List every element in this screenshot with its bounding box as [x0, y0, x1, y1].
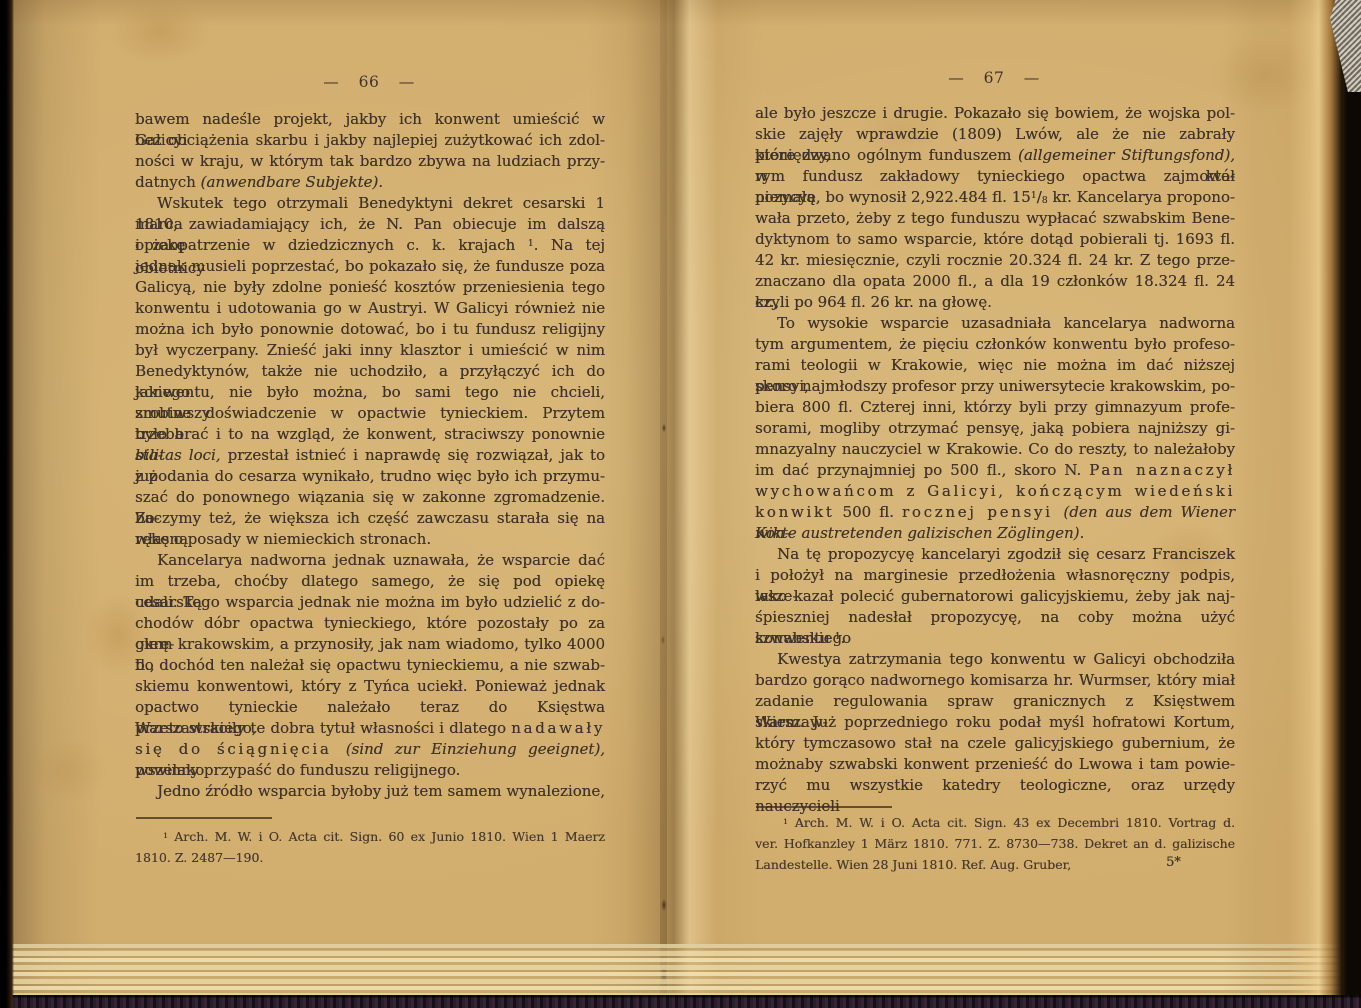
text-line: Na tę propozycyę kancelaryi zgodził się …: [755, 544, 1235, 565]
text-line: chodów dóbr opactwa tynieckiego, które p…: [135, 613, 605, 634]
text-line: rzyć mu wszystkie katedry teologiczne, o…: [755, 775, 1235, 796]
text-segment: To wysokie wsparcie uzasadniała kancelar…: [777, 314, 1235, 332]
text-segment: dyktynom to samo wsparcie, które dotąd p…: [755, 230, 1235, 248]
text-segment: tym argumentem, że pięciu członków konwe…: [755, 335, 1235, 353]
text-segment: 1810. Z. 2487—190.: [135, 850, 263, 865]
text-segment: ności w kraju, w którym tak bardzo zbywa…: [135, 152, 605, 170]
text-segment: ale było jeszcze i drugie. Pokazało się …: [755, 104, 1235, 122]
text-line: konwikt 500 fl. rocznej pensyi (den aus …: [755, 502, 1235, 523]
page-66-text-block: bawem nadeśle projekt, jakby ich konwent…: [135, 109, 605, 802]
text-line: skiemu konwentowi, który z Tyńca uciekł.…: [135, 676, 605, 697]
text-line: Galicyą, nie były zdolne ponieść kosztów…: [135, 277, 605, 298]
text-segment: konwentu: [755, 629, 835, 647]
footnote-marker: 1: [783, 817, 788, 826]
text-segment: wała przeto, żeby z tego funduszu wypłac…: [755, 209, 1235, 227]
text-segment: Landestelle. Wien 28 Juni 1810. Ref. Aug…: [755, 857, 1071, 872]
text-line: przeto straciły te dobra tytuł własności…: [135, 718, 605, 739]
text-line: wychowańcom z Galicyi, kończącym wiedeńs…: [755, 481, 1235, 502]
text-segment: powinny przypaść do funduszu religijnego…: [135, 761, 460, 779]
text-segment: z podania do cesarza wynikało, trudno wi…: [135, 467, 605, 485]
text-segment: się do ściągnięcia: [135, 740, 346, 758]
text-segment: jednak musieli poprzestać, bo pokazało s…: [135, 257, 605, 275]
text-line: lako kazał polecić gubernatorowi galicyj…: [755, 586, 1235, 607]
text-line: sorami, mogliby otrzymać pensyę, jaką po…: [755, 418, 1235, 439]
text-segment: kr. Kancelarya propono-: [1048, 188, 1235, 206]
text-segment: nadawały: [511, 719, 605, 737]
text-segment: bardzo gorąco nadwornego komisarza hr. W…: [755, 671, 1235, 689]
text-segment: mnazyalny nauczyciel w Krakowie. Co do r…: [755, 440, 1235, 458]
text-line: znaczano dla opata 2000 fl., a dla 19 cz…: [755, 271, 1235, 292]
page-number-66: — 66 —: [135, 73, 603, 91]
footnote-marker: 1: [835, 631, 841, 642]
text-segment: Na tę propozycyę kancelaryi zgodził się …: [777, 545, 1235, 563]
text-segment: Kwestya zatrzymania tego konwentu w Gali…: [777, 650, 1235, 668]
page-66-footnote: 1 Arch. M. W. i O. Acta cit. Sign. 60 ex…: [135, 826, 605, 868]
text-line: i zaopatrzenie w dziedzicznych c. k. kra…: [135, 235, 605, 256]
page-right-edges: [1222, 0, 1343, 1003]
text-segment: udali. Tego wsparcia jednak nie można im…: [135, 593, 605, 611]
text-line: 1810, zawiadamiający ich, że N. Pan obie…: [135, 214, 605, 235]
footnote-marker: 1: [163, 831, 168, 840]
text-line: wikte austretenden galizischen Zöglingen…: [755, 523, 1235, 544]
text-line: Landestelle. Wien 28 Juni 1810. Ref. Aug…: [755, 854, 1235, 875]
text-segment: ver. Hofkanzley 1 März 1810. 771. Z. 873…: [755, 836, 1235, 851]
text-line: smutne doświadczenie w opactwie tyniecki…: [135, 403, 605, 424]
text-segment: datnych: [135, 173, 201, 191]
text-line: opactwo tynieckie należało teraz do Księ…: [135, 697, 605, 718]
text-segment: rękę o posady w niemieckich stronach.: [135, 530, 431, 548]
text-segment: było brać i to na wzgląd, że konwent, st…: [135, 425, 605, 443]
text-line: ności w kraju, w którym tak bardzo zbywa…: [135, 151, 605, 172]
text-segment: bo dochód ten należał się opactwu tyniec…: [135, 656, 605, 674]
text-line: To wysokie wsparcie uzasadniała kancelar…: [755, 313, 1235, 334]
text-segment: /: [1037, 188, 1042, 206]
text-line: bez obciążenia skarbu i jakby najlepiej …: [135, 130, 605, 151]
text-segment: skiem. Już poprzedniego roku podał myśl …: [755, 713, 1235, 731]
text-line: Kancelarya nadworna jednak uznawała, że …: [135, 550, 605, 571]
text-segment: Pan naznaczył: [1089, 461, 1235, 479]
text-segment: 42 kr. miesięcznie, czyli rocznie 20.324…: [755, 251, 1235, 269]
text-segment: (anwendbare Subjekte).: [201, 173, 383, 191]
text-segment: Arch. M. W. i O. Acta cit. Sign. 60 ex J…: [168, 829, 605, 844]
footnote-rule-67: [756, 806, 892, 808]
book-left-edge: [0, 0, 14, 1008]
text-line: konwentu, nie było można, bo sami tego n…: [135, 382, 605, 403]
text-segment: wikte austretenden galizischen Zöglingen…: [755, 524, 1084, 542]
binding-fabric-bottom: [6, 995, 1361, 1008]
page-67-text-block: ale było jeszcze i drugie. Pokazało się …: [755, 103, 1235, 796]
text-segment: i zaopatrzenie w dziedzicznych c. k. kra…: [135, 236, 528, 254]
text-segment: Galicyą, nie były zdolne ponieść kosztów…: [135, 278, 605, 296]
footnote-marker: 8: [1042, 195, 1048, 206]
text-line: udali. Tego wsparcia jednak nie można im…: [135, 592, 605, 613]
text-line: było brać i to na wzgląd, że konwent, st…: [135, 424, 605, 445]
text-line: biera 800 fl. Czterej inni, którzy byli …: [755, 397, 1235, 418]
text-line: czyli po 964 fl. 26 kr. na głowę.: [755, 292, 1235, 313]
text-line: szać do ponownego wiązania się w zakonne…: [135, 487, 605, 508]
text-line: wała przeto, żeby z tego funduszu wypłac…: [755, 208, 1235, 229]
text-line: rękę o posady w niemieckich stronach.: [135, 529, 605, 550]
text-line: bardzo gorąco nadwornego komisarza hr. W…: [755, 670, 1235, 691]
text-line: tym argumentem, że pięciu członków konwe…: [755, 334, 1235, 355]
text-segment: im dać przynajmniej po 500 fl., skoro N.: [755, 461, 1089, 479]
book-scan: — 66 — bawem nadeśle projekt, jakby ich …: [0, 0, 1361, 1008]
text-line: z podania do cesarza wynikało, trudno wi…: [135, 466, 605, 487]
text-line: bawem nadeśle projekt, jakby ich konwent…: [135, 109, 605, 130]
text-segment: które zwano ogólnym funduszem: [755, 146, 1018, 164]
text-line: bilitas loci, przestał istnieć i naprawd…: [135, 445, 605, 466]
text-segment: .: [841, 629, 846, 647]
page-number-67: — 67 —: [755, 69, 1233, 87]
text-line: który tymczasowo stał na czele galicyjsk…: [755, 733, 1235, 754]
text-line: pozycyę, bo wynosił 2,922.484 fl. 151/8 …: [755, 187, 1235, 208]
text-segment: (sind zur Einziehung geeignet),: [346, 740, 605, 758]
text-segment: możnaby szwabski konwent przenieść do Lw…: [755, 755, 1235, 773]
text-line: Benedyktynów, także nie uchodziło, a prz…: [135, 361, 605, 382]
text-segment: skoro najmłodszy profesor przy uniwersyt…: [755, 377, 1235, 395]
text-segment: skiemu konwentowi, który z Tyńca uciekł.…: [135, 677, 605, 695]
text-line: mnazyalny nauczyciel w Krakowie. Co do r…: [755, 439, 1235, 460]
text-line: rami teologii w Krakowie, więc nie można…: [755, 355, 1235, 376]
book-right-edge: [1341, 0, 1361, 1008]
text-segment: rocznej pensyi: [902, 503, 1063, 521]
text-segment: (allgemeiner Stiftungsfond),: [1018, 146, 1235, 164]
text-line: śpieszniej nadesłał propozycyę, na coby …: [755, 607, 1235, 628]
footnote-marker: 1: [1031, 190, 1037, 201]
text-line: 1810. Z. 2487—190.: [135, 847, 605, 868]
text-line: był wyczerpany. Znieść jaki inny klaszto…: [135, 340, 605, 361]
text-line: im dać przynajmniej po 500 fl., skoro N.…: [755, 460, 1235, 481]
text-line: zadanie regulowania spraw granicznych z …: [755, 691, 1235, 712]
signature-mark: 5*: [1166, 855, 1226, 870]
text-line: im trzeba, choćby dlatego samego, że się…: [135, 571, 605, 592]
text-line: baczymy też, że większa ich część zawcza…: [135, 508, 605, 529]
text-line: skie zajęły wprawdzie (1809) Lwów, ale ż…: [755, 124, 1235, 145]
text-segment: Kancelarya nadworna jednak uznawała, że …: [157, 551, 605, 569]
text-line: ale było jeszcze i drugie. Pokazało się …: [755, 103, 1235, 124]
text-line: konwentu 1.: [755, 628, 1235, 649]
text-segment: Jedno źródło wsparcia byłoby już tem sam…: [157, 782, 605, 800]
text-line: możnaby szwabski konwent przenieść do Lw…: [755, 754, 1235, 775]
book-gutter-shadow: [588, 0, 763, 1008]
text-segment: czyli po 964 fl. 26 kr. na głowę.: [755, 293, 992, 311]
text-line: skiem. Już poprzedniego roku podał myśl …: [755, 712, 1235, 733]
text-line: rym fundusz zakładowy tynieckiego opactw…: [755, 166, 1235, 187]
text-segment: przeto straciły te dobra tytuł własności…: [135, 719, 511, 737]
text-line: i położył na marginesie przedłożenia wła…: [755, 565, 1235, 586]
text-line: 42 kr. miesięcznie, czyli rocznie 20.324…: [755, 250, 1235, 271]
text-line: jednak musieli poprzestać, bo pokazało s…: [135, 256, 605, 277]
text-line: giem krakowskim, a przynosiły, jak nam w…: [135, 634, 605, 655]
footnote-rule-66: [136, 817, 272, 819]
text-line: Wskutek tego otrzymali Benedyktyni dekre…: [135, 193, 605, 214]
text-segment: który tymczasowo stał na czele galicyjsk…: [755, 734, 1235, 752]
book-gutter-crease: [660, 0, 667, 1008]
text-line: ver. Hofkanzley 1 März 1810. 771. Z. 873…: [755, 833, 1235, 854]
text-line: datnych (anwendbare Subjekte).: [135, 172, 605, 193]
text-line: skoro najmłodszy profesor przy uniwersyt…: [755, 376, 1235, 397]
text-segment: bilitas loci,: [135, 446, 221, 464]
text-segment: sorami, mogliby otrzymać pensyę, jaką po…: [755, 419, 1235, 437]
page-67-footnote: 1 Arch. M. W. i O. Acta cit. Sign. 43 ex…: [755, 812, 1235, 875]
text-line: można ich było ponownie dotować, bo i tu…: [135, 319, 605, 340]
text-line: bo dochód ten należał się opactwu tyniec…: [135, 655, 605, 676]
text-line: dyktynom to samo wsparcie, które dotąd p…: [755, 229, 1235, 250]
text-segment: lako kazał polecić gubernatorowi galicyj…: [755, 587, 1235, 605]
text-segment: wychowańcom z Galicyi, kończącym wiedeńs…: [755, 482, 1235, 500]
text-line: Kwestya zatrzymania tego konwentu w Gali…: [755, 649, 1235, 670]
text-line: 1 Arch. M. W. i O. Acta cit. Sign. 43 ex…: [755, 812, 1235, 833]
text-line: które zwano ogólnym funduszem (allgemein…: [755, 145, 1235, 166]
text-line: 1 Arch. M. W. i O. Acta cit. Sign. 60 ex…: [135, 826, 605, 847]
text-segment: biera 800 fl. Czterej inni, którzy byli …: [755, 398, 1235, 416]
text-segment: Arch. M. W. i O. Acta cit. Sign. 43 ex D…: [788, 815, 1235, 830]
text-segment: pozycyę, bo wynosił 2,922.484 fl. 15: [755, 188, 1031, 206]
text-segment: konwentu i udotowania go w Austryi. W Ga…: [135, 299, 605, 317]
text-segment: był wyczerpany. Znieść jaki inny klaszto…: [135, 341, 605, 359]
text-segment: można ich było ponownie dotować, bo i tu…: [135, 320, 605, 338]
text-line: konwentu i udotowania go w Austryi. W Ga…: [135, 298, 605, 319]
text-line: Jedno źródło wsparcia byłoby już tem sam…: [135, 781, 605, 802]
text-segment: bez obciążenia skarbu i jakby najlepiej …: [135, 131, 605, 149]
text-segment: konwikt: [755, 503, 834, 521]
text-line: się do ściągnięcia (sind zur Einziehung …: [135, 739, 605, 760]
text-line: powinny przypaść do funduszu religijnego…: [135, 760, 605, 781]
text-segment: 500 fl.: [834, 503, 902, 521]
footnote-marker: 1: [528, 238, 534, 249]
